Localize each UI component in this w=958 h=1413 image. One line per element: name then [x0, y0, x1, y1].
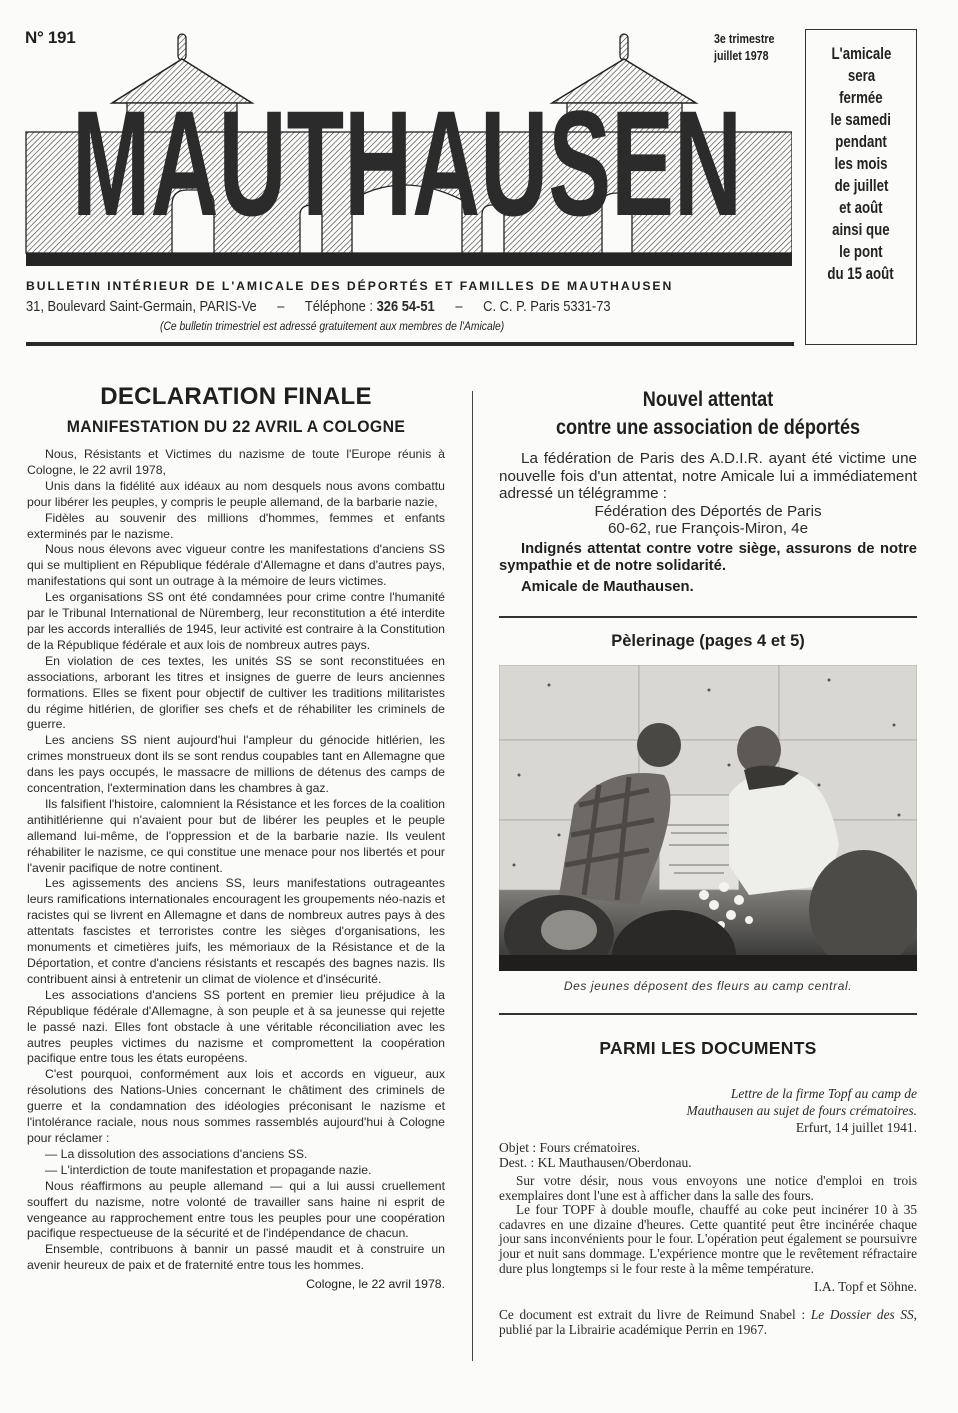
notice-line: le samedi [831, 109, 891, 131]
declaration-paragraph: Ils falsifient l'histoire, calomnient la… [27, 797, 445, 877]
notice-line: du 15 août [828, 263, 894, 285]
document-destination: Dest. : KL Mauthausen/Oberdonau. [499, 1156, 917, 1171]
documents-article: PARMI LES DOCUMENTS Lettre de la firme T… [499, 1038, 917, 1337]
quarter-label: 3e trimestre [714, 30, 774, 47]
separator: – [260, 298, 301, 315]
pilgrimage-article: Pèlerinage (pages 4 et 5) [499, 632, 917, 993]
declaration-article: DECLARATION FINALE MANIFESTATION DU 22 A… [27, 383, 445, 1291]
declaration-body: Nous, Résistants et Victimes du nazisme … [27, 447, 445, 1274]
address: 31, Boulevard Saint-Germain, PARIS-Ve [26, 298, 257, 315]
documents-title: PARMI LES DOCUMENTS [499, 1038, 917, 1059]
declaration-subtitle: MANIFESTATION DU 22 AVRIL A COLOGNE [42, 417, 431, 437]
declaration-paragraph: Les associations d'anciens SS portent en… [27, 988, 445, 1068]
document-paragraph: Sur votre désir, nous vous envoyons une … [499, 1174, 917, 1203]
issue-period: 3e trimestre juillet 1978 [714, 30, 774, 64]
photo-caption: Des jeunes déposent des fleurs au camp c… [499, 979, 917, 993]
section-rule [499, 1013, 917, 1015]
contact-line: 31, Boulevard Saint-Germain, PARIS-Ve – … [26, 298, 611, 315]
document-signature: I.A. Topf et Söhne. [499, 1278, 917, 1295]
attentat-intro: La fédération de Paris des A.D.I.R. ayan… [499, 450, 917, 503]
notice-line: ainsi que [832, 219, 889, 241]
masthead-rule [26, 342, 794, 346]
pilgrimage-photo [499, 665, 917, 971]
document-intro-line1: Lettre de la firme Topf au camp de [499, 1085, 917, 1102]
attentat-title-line2: contre une association de déportés [528, 414, 887, 442]
bulletin-title: BULLETIN INTÉRIEUR DE L'AMICALE DES DÉPO… [26, 279, 673, 293]
document-date: Erfurt, 14 juillet 1941. [499, 1119, 917, 1136]
document-source: Ce document est extrait du livre de Reim… [499, 1308, 917, 1337]
declaration-paragraph: Nous réaffirmons au peuple allemand — qu… [27, 1179, 445, 1243]
notice-line: les mois [834, 153, 887, 175]
photo-illustration [499, 665, 917, 971]
declaration-paragraph: Unis dans la fidélité aux idéaux au nom … [27, 479, 445, 511]
declaration-paragraph: Les anciens SS nient aujourd'hui l'ample… [27, 733, 445, 797]
document-meta: Objet : Fours crématoires. Dest. : KL Ma… [499, 1141, 917, 1170]
right-column: Nouvel attentat contre une association d… [499, 386, 917, 1337]
document-object: Objet : Fours crématoires. [499, 1141, 917, 1156]
declaration-paragraph: Les organisations SS ont été condamnées … [27, 590, 445, 654]
separator: – [438, 298, 479, 315]
telegram-message: Indignés attentat contre votre siège, as… [499, 541, 917, 575]
declaration-paragraph: — La dissolution des associations d'anci… [27, 1147, 445, 1163]
column-divider [472, 391, 473, 1361]
phone-label: Téléphone : [305, 298, 373, 315]
source-book-title: Le Dossier des SS [811, 1307, 914, 1322]
document-paragraph: Le four TOPF à double moufle, chauffé au… [499, 1203, 917, 1276]
declaration-paragraph: Fidèles au souvenir des millions d'homme… [27, 511, 445, 543]
pilgrimage-title: Pèlerinage (pages 4 et 5) [499, 632, 917, 651]
notice-line: fermée [839, 87, 882, 109]
attentat-article: Nouvel attentat contre une association d… [499, 386, 917, 596]
notice-line: et août [839, 197, 882, 219]
issue-date: juillet 1978 [714, 47, 774, 64]
notice-line: pendant [835, 131, 887, 153]
ccp-account: C. C. P. Paris 5331-73 [483, 298, 610, 315]
telegram-recipient: Fédération des Déportés de Paris [499, 503, 917, 521]
declaration-paragraph: Nous nous élevons avec vigueur contre le… [27, 542, 445, 590]
distribution-note: (Ce bulletin trimestriel est adressé gra… [160, 321, 504, 333]
notice-line: de juillet [834, 175, 888, 197]
declaration-title: DECLARATION FINALE [27, 383, 445, 411]
document-intro: Lettre de la firme Topf au camp de Mauth… [499, 1085, 917, 1119]
declaration-signature: Cologne, le 22 avril 1978. [27, 1277, 445, 1291]
mauthausen-logo: MAUTHAUSEN [22, 25, 792, 273]
declaration-paragraph: Nous, Résistants et Victimes du nazisme … [27, 447, 445, 479]
declaration-paragraph: C'est pourquoi, conformément aux lois et… [27, 1067, 445, 1147]
notice-line: le pont [839, 241, 882, 263]
notice-line: L'amicale [831, 43, 891, 65]
document-intro-line2: Mauthausen au sujet de fours crématoires… [499, 1102, 917, 1119]
telegram-sender-name: Amicale de Mauthausen. [521, 579, 694, 595]
phone-number: 326 54-51 [377, 298, 435, 315]
declaration-paragraph: Ensemble, contribuons à bannir un passé … [27, 1242, 445, 1274]
declaration-paragraph: — L'interdiction de toute manifestation … [27, 1163, 445, 1179]
section-rule [499, 616, 917, 618]
logo-title: MAUTHAUSEN [72, 79, 742, 247]
telegram-text: Indignés attentat contre votre siège, as… [499, 541, 917, 576]
closing-notice-box: L'amicaleseraferméele samedipendantles m… [805, 29, 917, 345]
declaration-paragraph: Les agissements des anciens SS, leurs ma… [27, 876, 445, 987]
notice-line: sera [847, 65, 874, 87]
declaration-paragraph: En violation de ces textes, les unités S… [27, 654, 445, 734]
telegram-sender: Amicale de Mauthausen. [499, 579, 917, 597]
telegram-address: 60-62, rue François-Miron, 4e [499, 520, 917, 538]
attentat-title-line1: Nouvel attentat [528, 386, 887, 414]
source-prefix: Ce document est extrait du livre de Reim… [499, 1307, 811, 1322]
